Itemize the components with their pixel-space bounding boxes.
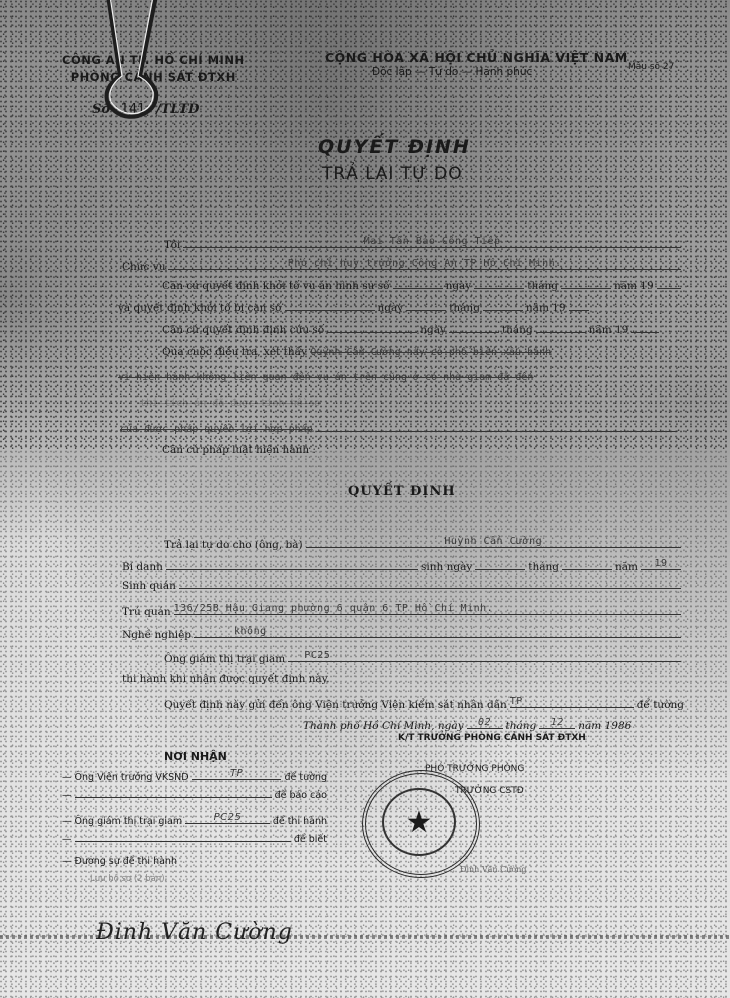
- struck-line-2: vi hiện hành không liên quan đến vụ án t…: [118, 372, 678, 383]
- field-giam-thi: Ông giám thị trại giam PC25: [164, 650, 684, 665]
- recipients-title: NƠI NHẬN: [164, 750, 227, 763]
- recipient-row: — để báo cáo: [62, 790, 327, 801]
- handwritten-signature: Đinh Văn Cường: [96, 920, 293, 945]
- field-khoi-to-bi-can: và quyết định khởi tố bị can số ngày thá…: [118, 302, 578, 314]
- document-title: QUYẾT ĐỊNH: [318, 136, 471, 158]
- official-seal: ★: [362, 770, 480, 878]
- field-toi: Tôi Mai Tấn Bảo Công Tiếp: [164, 236, 684, 251]
- field-khoi-to-vu-an: Căn cứ quyết định khởi tố vụ án hình sự …: [162, 280, 684, 292]
- field-chuc-vu-value: Phó chỉ huy trưởng Công An TP Hồ Chí Min…: [168, 258, 681, 270]
- nation-title: CỘNG HÒA XÃ HỘI CHỦ NGHĨA VIỆT NAM: [325, 50, 628, 65]
- date-year: 1986: [605, 720, 632, 732]
- scanned-document-page: CÔNG AN TP. HỒ CHÍ MINH PHÒNG CẢNH SÁT Đ…: [0, 0, 730, 998]
- recipient-row: — Ông giám thị trại giam PC25 để thi hàn…: [62, 812, 327, 827]
- national-motto: Độc lập — Tự do — Hạnh phúc: [372, 66, 532, 78]
- signature-org: K/T TRƯỞNG PHÒNG CẢNH SÁT ĐTXH: [398, 733, 586, 743]
- star-icon: ★: [382, 788, 456, 856]
- struck-text-1: Quỳnh Cần Cường này có phổ biến xấu hành: [310, 347, 551, 358]
- field-bi-danh: Bí danh sinh ngày tháng năm 19: [122, 558, 684, 573]
- recipient-row: — để biết: [62, 834, 327, 845]
- decision-heading: QUYẾT ĐỊNH: [348, 484, 456, 499]
- field-chuc-vu: Chức vụ Phó chỉ huy trưởng Công An TP Hồ…: [122, 258, 684, 273]
- recipient-row: — Đương sự để thi hành: [62, 856, 327, 867]
- document-subtitle: TRẢ LẠI TỰ DO: [322, 164, 463, 184]
- legal-basis: Căn cứ pháp luật hiện hành :: [162, 444, 316, 456]
- paperclip-icon: [100, 0, 164, 124]
- recipient-row: Lưu hồ sơ (2 bản): [90, 874, 355, 884]
- signer-name: Đinh Văn Cường: [460, 865, 526, 874]
- struck-line-3: của được pháp quyền lợi hợp pháp: [120, 424, 680, 435]
- field-qua-cuoc-dieu-tra: Qua cuộc điều tra, xét thấy Quỳnh Cần Cư…: [162, 346, 682, 358]
- date-month: 12: [539, 717, 575, 729]
- field-toi-value: Mai Tấn Bảo Công Tiếp: [183, 236, 681, 248]
- field-dinh-cuu: Căn cứ quyết định định cứu số ngày tháng…: [162, 324, 662, 336]
- form-code: Mẫu số 27: [628, 62, 674, 72]
- field-tra-lai-tu-do: Trả lại tự do cho (ông, bà) Huỳnh Cẩn Cư…: [164, 536, 684, 551]
- field-address-value: 136/25B Hậu Giang phường 6 quận 6 TP Hồ …: [174, 603, 681, 615]
- field-nghe-nghiep: Nghề nghiệp không: [122, 626, 684, 641]
- date-day: 02: [467, 717, 503, 729]
- field-tru-quan: Trú quán 136/25B Hậu Giang phường 6 quận…: [122, 603, 684, 618]
- field-gui-den: Quyết định này gửi đến ông Viện trưởng V…: [164, 696, 684, 711]
- recipient-row: — Ông Viện trưởng VKSND TP để tường: [62, 768, 327, 783]
- field-sinh-quan: Sinh quán: [122, 580, 684, 592]
- place-date: Thành phố Hồ Chí Minh, ngày 02 tháng 12 …: [303, 717, 631, 732]
- faded-line: thi tích án đã được tính hồ sơ: [140, 398, 680, 409]
- field-person-name: Huỳnh Cẩn Cường: [306, 536, 681, 548]
- execution-note: thi hành khi nhận được quyết định này.: [122, 673, 330, 685]
